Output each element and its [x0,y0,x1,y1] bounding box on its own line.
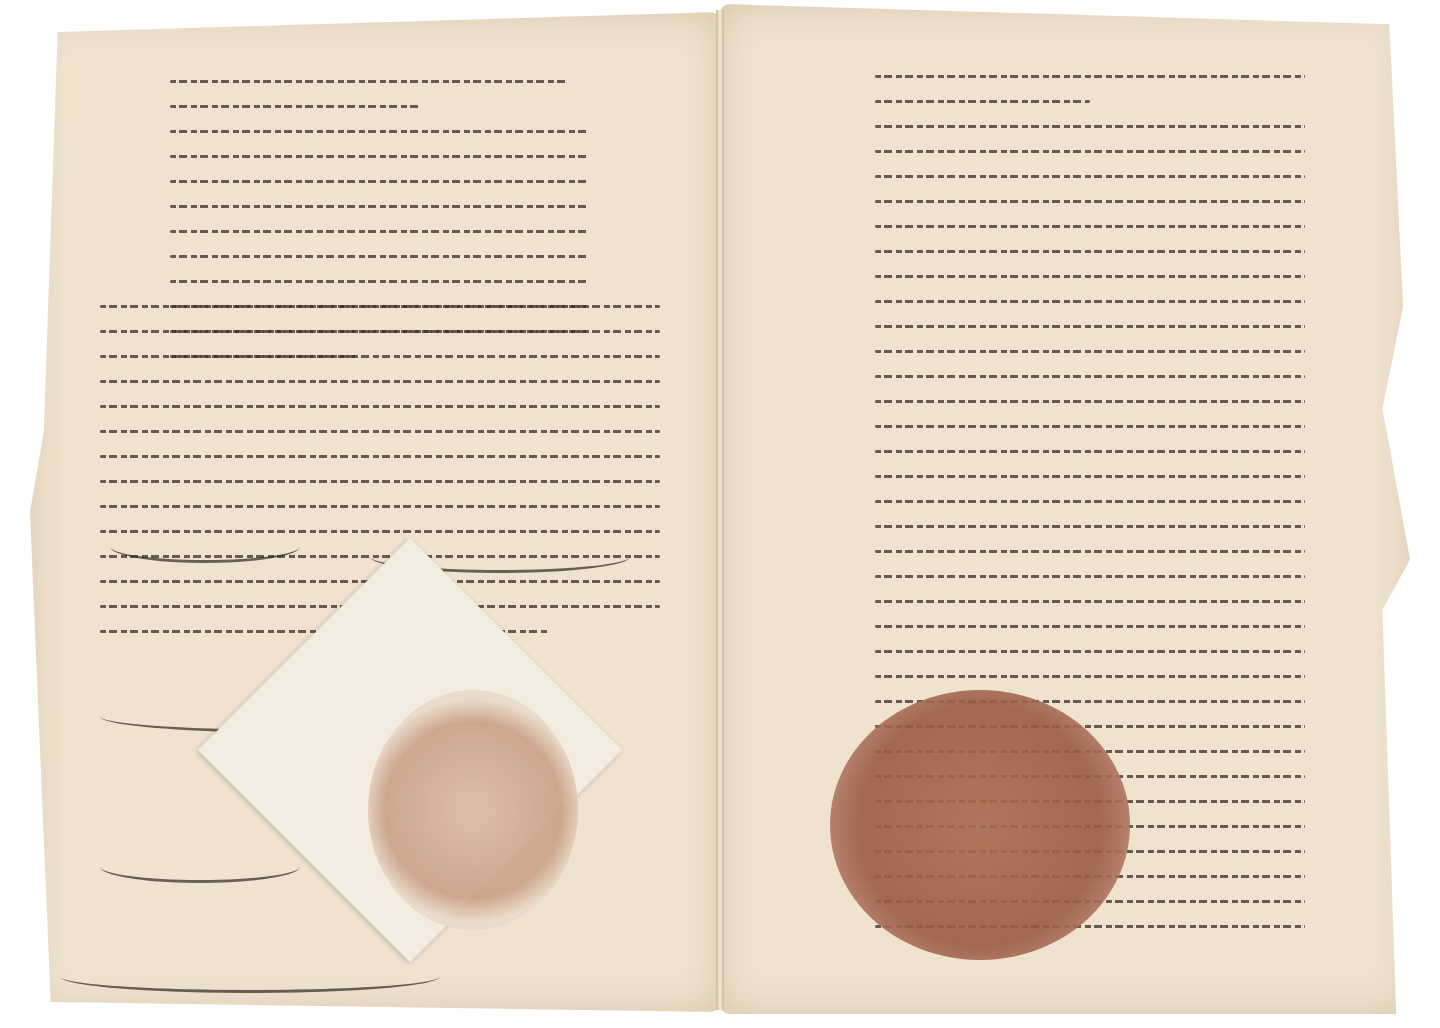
signature [110,530,300,563]
red-seal [830,690,1130,960]
royal-seal-coat-of-arms [368,690,578,930]
book-fold [716,10,724,1010]
signature [100,850,300,883]
signature [60,960,440,993]
